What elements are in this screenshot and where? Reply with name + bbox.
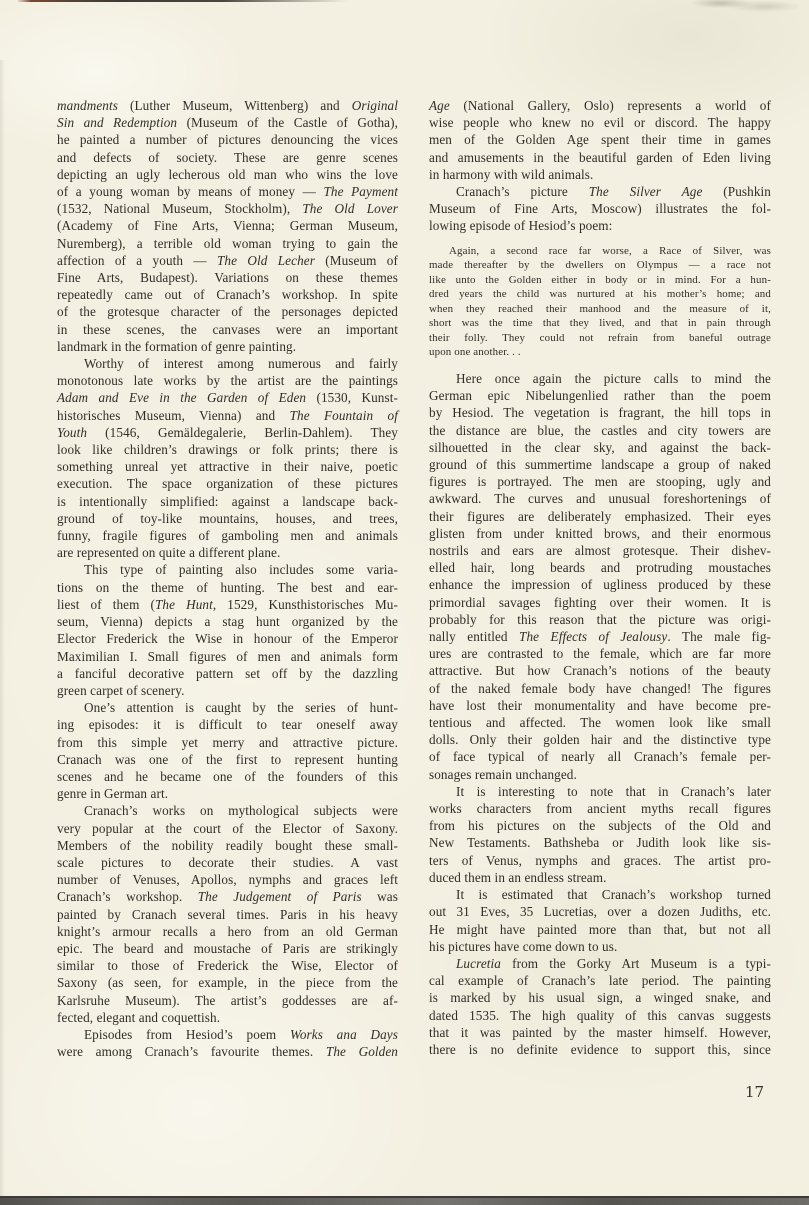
text-line: elled hair, long beards and protruding m… xyxy=(429,559,771,576)
text-line: duced them in an endless stream. xyxy=(429,869,771,886)
text-line: Cranach’s works on mythological subjects… xyxy=(57,802,398,819)
text-line: nostrils and ears are almost grotesque. … xyxy=(429,542,771,559)
text-line: repeatedly came out of Cranach’s worksho… xyxy=(57,286,398,303)
text-line: Members of the nobility readily bought t… xyxy=(57,837,398,854)
text-line: Here once again the picture calls to min… xyxy=(429,370,771,387)
text-line: tentious and affected. The women look li… xyxy=(429,714,771,731)
text-line: that it was painted by the master himsel… xyxy=(429,1024,771,1041)
text-line: painted by Cranach several times. Paris … xyxy=(57,906,398,923)
text-line: of a young woman by means of money — The… xyxy=(57,183,398,200)
text-line: in harmony with wild animals. xyxy=(429,166,771,183)
block-quote: Again, a second race far worse, a Race o… xyxy=(429,244,771,360)
text-line: were among Cranach’s favourite themes. T… xyxy=(57,1043,398,1060)
text-line: Youth (1546, Gemäldegalerie, Berlin-Dahl… xyxy=(57,424,398,441)
text-line: works characters from ancient myths reca… xyxy=(429,800,771,817)
text-line: wise people who knew no evil or discord.… xyxy=(429,114,771,131)
paragraph: One’s attention is caught by the series … xyxy=(57,699,398,802)
text-line: have lost their monumentality and have b… xyxy=(429,697,771,714)
text-line: This type of painting also includes some… xyxy=(57,561,398,578)
book-page: { "page": { "number": "17" }, "columns":… xyxy=(0,0,809,1205)
text-line: short was the time that they lived, and … xyxy=(429,316,771,331)
text-line: ing episodes: it is difficult to tear on… xyxy=(57,716,398,733)
text-line: funny, fragile figures of gamboling men … xyxy=(57,527,398,544)
text-line: from this simple yet merry and attractiv… xyxy=(57,734,398,751)
text-line: attractive. But how Cranach’s notions of… xyxy=(429,662,771,679)
text-line: dolls. Only their golden hair and the di… xyxy=(429,731,771,748)
page-left-edge xyxy=(0,60,5,1196)
text-line: Museum of Fine Arts, Moscow) illustrates… xyxy=(429,200,771,217)
text-line: genre in German art. xyxy=(57,785,398,802)
text-line: seum, Vienna) depicts a stag hunt organi… xyxy=(57,613,398,630)
text-line: historisches Museum, Vienna) and The Fou… xyxy=(57,407,398,424)
text-line: Karlsruhe Museum). The artist’s goddesse… xyxy=(57,992,398,1009)
text-line: enhance the impression of ugliness produ… xyxy=(429,576,771,593)
text-line: tions on the theme of hunting. The best … xyxy=(57,579,398,596)
text-line: Saxony (as seen, for example, in the pie… xyxy=(57,974,398,991)
text-line: men of the Golden Age spent their time i… xyxy=(429,131,771,148)
text-line: sonages remain unchanged. xyxy=(429,766,771,783)
text-line: upon one another. . . xyxy=(429,345,771,360)
text-line: out 31 Eves, 35 Lucretias, over a dozen … xyxy=(429,903,771,920)
paragraph: Lucretia from the Gorky Art Museum is a … xyxy=(429,955,771,1058)
text-line: and amusements in the beautiful garden o… xyxy=(429,149,771,166)
text-line: are represented on quite a different pla… xyxy=(57,544,398,561)
text-line: lowing episode of Hesiod’s poem: xyxy=(429,217,771,234)
text-line: (1532, National Museum, Stockholm), The … xyxy=(57,200,398,217)
text-line: affection of a youth — The Old Lecher (M… xyxy=(57,252,398,269)
text-line: is intentionally simplified: against a l… xyxy=(57,493,398,510)
text-line: Cranach’s picture The Silver Age (Pushki… xyxy=(429,183,771,200)
text-line: monotonous late works by the artist are … xyxy=(57,372,398,389)
text-line: Cranach was one of the first to represen… xyxy=(57,751,398,768)
text-line: made thereafter by the dwellers on Olymp… xyxy=(429,258,771,273)
text-line: glisten from under knitted brows, and th… xyxy=(429,525,771,542)
text-line: Cranach’s workshop. The Judgement of Par… xyxy=(57,888,398,905)
paragraph: Cranach’s picture The Silver Age (Pushki… xyxy=(429,183,771,235)
text-line: very popular at the court of the Elector… xyxy=(57,820,398,837)
text-line: Episodes from Hesiod’s poem Works ana Da… xyxy=(57,1026,398,1043)
text-line: ters of Venus, nymphs and graces. The ar… xyxy=(429,852,771,869)
text-line: Adam and Eve in the Garden of Eden (1530… xyxy=(57,389,398,406)
paragraph: It is estimated that Cranach’s workshop … xyxy=(429,886,771,955)
text-line: their folly. They could not refrain from… xyxy=(429,331,771,346)
text-line: similar to those of Frederick the Wise, … xyxy=(57,957,398,974)
text-line: mandments (Luther Museum, Wittenberg) an… xyxy=(57,97,398,114)
text-line: ground of toy-like mountains, houses, an… xyxy=(57,510,398,527)
text-line: ground of this summertime landscape a gr… xyxy=(429,456,771,473)
text-line: ures are contrasted to the female, which… xyxy=(429,645,771,662)
text-line: knight’s armour recalls a hero from an o… xyxy=(57,923,398,940)
left-column: mandments (Luther Museum, Wittenberg) an… xyxy=(57,97,398,1060)
paragraph: Episodes from Hesiod’s poem Works ana Da… xyxy=(57,1026,398,1060)
text-line: probably for this reason that the pictur… xyxy=(429,611,771,628)
text-line: he painted a number of pictures denounci… xyxy=(57,131,398,148)
text-line: execution. The space organization of the… xyxy=(57,475,398,492)
paragraph: It is interesting to note that in Cranac… xyxy=(429,783,771,886)
text-line: scale pictures to decorate their studies… xyxy=(57,854,398,871)
text-line: Elector Frederick the Wise in honour of … xyxy=(57,630,398,647)
text-line: there is no definite evidence to support… xyxy=(429,1041,771,1058)
text-line: figures is portrayed. The men are stoopi… xyxy=(429,473,771,490)
text-line: dated 1535. The high quality of this can… xyxy=(429,1007,771,1024)
text-line: from his pictures on the subjects of the… xyxy=(429,817,771,834)
text-line: a fanciful decorative pattern set off by… xyxy=(57,665,398,682)
text-line: Nuremberg), a terrible old woman trying … xyxy=(57,235,398,252)
text-line: like unto the Golden either in body or i… xyxy=(429,273,771,288)
text-line: awkward. The curves and unusual foreshor… xyxy=(429,490,771,507)
text-line: and defects of society. These are genre … xyxy=(57,149,398,166)
text-line: of face typical of nearly all Cranach’s … xyxy=(429,748,771,765)
text-line: nally entitled The Effects of Jealousy. … xyxy=(429,628,771,645)
right-column: Age (National Gallery, Oslo) represents … xyxy=(429,97,771,1058)
text-line: scenes and he became one of the founders… xyxy=(57,768,398,785)
text-line: is marked by his usual sign, a winged sn… xyxy=(429,989,771,1006)
text-line: (Academy of Fine Arts, Vienna; German Mu… xyxy=(57,217,398,234)
paragraph: Cranach’s works on mythological subjects… xyxy=(57,802,398,1026)
text-line: Again, a second race far worse, a Race o… xyxy=(429,244,771,259)
text-line: by Hesiod. The vegetation is fragrant, t… xyxy=(429,404,771,421)
text-line: New Testaments. Bathsheba or Judith look… xyxy=(429,834,771,851)
text-line: It is estimated that Cranach’s workshop … xyxy=(429,886,771,903)
scan-bottom-edge xyxy=(0,1196,809,1205)
text-line: cal example of Cranach’s late period. Th… xyxy=(429,972,771,989)
text-line: Lucretia from the Gorky Art Museum is a … xyxy=(429,955,771,972)
text-line: the distance are blue, the castles and c… xyxy=(429,422,771,439)
paragraph: Worthy of interest among numerous and fa… xyxy=(57,355,398,561)
text-line: primordial savages fighting over their w… xyxy=(429,594,771,611)
text-line: Worthy of interest among numerous and fa… xyxy=(57,355,398,372)
text-line: It is interesting to note that in Cranac… xyxy=(429,783,771,800)
paragraph: mandments (Luther Museum, Wittenberg) an… xyxy=(57,97,398,355)
text-line: landmark in the formation of genre paint… xyxy=(57,338,398,355)
text-line: of the grotesque character of the person… xyxy=(57,303,398,320)
text-line: dred years the child was nurtured at his… xyxy=(429,287,771,302)
paragraph: This type of painting also includes some… xyxy=(57,561,398,699)
text-line: green carpet of scenery. xyxy=(57,682,398,699)
text-line: One’s attention is caught by the series … xyxy=(57,699,398,716)
page-top-edge xyxy=(18,0,348,2)
text-line: depicting an ugly lecherous old man who … xyxy=(57,166,398,183)
text-line: silhouetted in the clear sky, and agains… xyxy=(429,439,771,456)
text-line: his pictures have come down to us. xyxy=(429,938,771,955)
text-line: number of Venuses, Apollos, nymphs and g… xyxy=(57,871,398,888)
text-line: in these scenes, the canvases were an im… xyxy=(57,321,398,338)
text-line: He might have painted more than that, bu… xyxy=(429,921,771,938)
text-line: when they reached their manhood and the … xyxy=(429,302,771,317)
text-line: Age (National Gallery, Oslo) represents … xyxy=(429,97,771,114)
paragraph: Age (National Gallery, Oslo) represents … xyxy=(429,97,771,183)
text-line: Fine Arts, Budapest). Variations on thes… xyxy=(57,269,398,286)
page-number: 17 xyxy=(745,1083,764,1101)
text-line: look like children’s drawings or folk pr… xyxy=(57,441,398,458)
paragraph: Here once again the picture calls to min… xyxy=(429,370,771,783)
text-line: Maximilian I. Small figures of men and a… xyxy=(57,648,398,665)
text-line: liest of them (The Hunt, 1529, Kunsthist… xyxy=(57,596,398,613)
text-line: of the naked female body have changed! T… xyxy=(429,680,771,697)
text-line: German epic Nibelungenlied rather than t… xyxy=(429,387,771,404)
text-line: epic. The beard and moustache of Paris a… xyxy=(57,940,398,957)
text-line: Sin and Redemption (Museum of the Castle… xyxy=(57,114,398,131)
scan-smudge xyxy=(688,0,798,16)
text-line: their figures are deliberately emphasize… xyxy=(429,508,771,525)
text-line: fected, elegant and coquettish. xyxy=(57,1009,398,1026)
text-line: something unreal yet attractive in their… xyxy=(57,458,398,475)
